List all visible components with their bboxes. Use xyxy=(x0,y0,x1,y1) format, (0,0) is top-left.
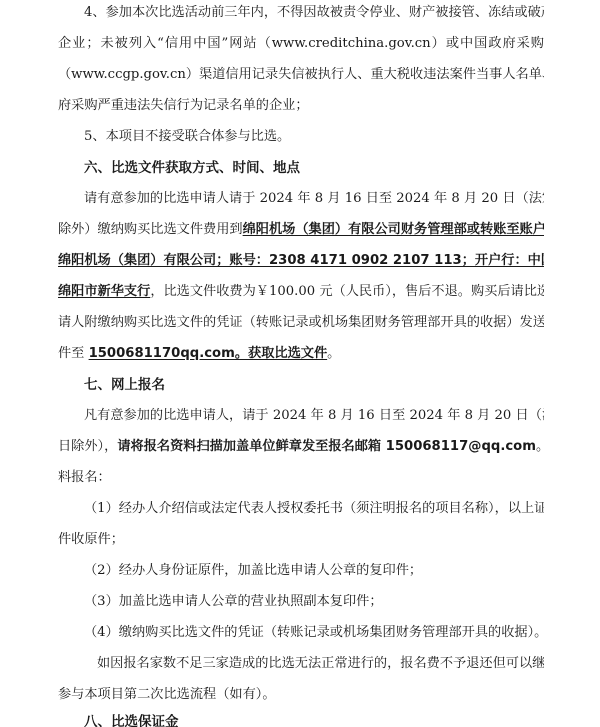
section7-p1-line1: 凡有意参加的比选申请人，请于 2024 年 8 月 16 日至 2024 年 8… xyxy=(84,406,544,426)
item4-line3: （www.ccgp.gov.cn）渠道信用记录失信被执行人、重大税收违法案件当事… xyxy=(58,65,544,85)
bank-account-info: 绵阳机场（集团）有限公司；账号：2308 4171 0902 2107 113；… xyxy=(58,251,544,271)
section7-p1-line3: 料报名： xyxy=(58,468,544,488)
section6-heading: 六、比选文件获取方式、时间、地点 xyxy=(84,158,300,178)
section6-p1-line6: 件至 1500681170qq.com。获取比选文件。 xyxy=(58,344,544,364)
section7-p1-line2-plain: 日除外）， xyxy=(58,439,117,454)
section7-heading: 七、网上报名 xyxy=(84,375,165,395)
requirement-1-line1: （1）经办人介绍信或法定代表人授权委托书（须注明报名的项目名称），以上证 xyxy=(84,499,544,519)
document-page: 4、参加本次比选活动前三年内，不得因故被责令停业、财产被接管、冻结或破产 企业；… xyxy=(0,0,600,727)
section6-p1-line6-end: 。 xyxy=(327,346,340,361)
section6-p1-line4: 绵阳市新华支行，比选文件收费为￥100.00 元（人民币），售后不退。购买后请比… xyxy=(58,282,544,302)
item4-line2: 企业；未被列入“信用中国”网站（www.creditchina.gov.cn）或… xyxy=(58,34,544,54)
registration-email-text[interactable]: 请将报名资料扫描加盖单位鲜章发至报名邮箱 150068117@qq.com xyxy=(117,439,536,454)
section6-p1-line2-plain: 除外）缴纳购买比选文件费用到 xyxy=(58,222,243,237)
section7-p1-line2-end: 。以下资 xyxy=(536,439,544,454)
requirement-1-line2: 件收原件； xyxy=(58,530,544,550)
section6-p1-line5: 请人附缴纳购买比选文件的凭证（转账记录或机场集团财务管理部开具的收据）发送邮 xyxy=(58,313,544,333)
item4-line1: 4、参加本次比选活动前三年内，不得因故被责令停业、财产被接管、冻结或破产 xyxy=(84,3,544,23)
note-line1: 如因报名家数不足三家造成的比选无法正常进行的，报名费不予退还但可以继续 xyxy=(97,654,544,674)
section6-p1-line2: 除外）缴纳购买比选文件费用到绵阳机场（集团）有限公司财务管理部或转账至账户名： xyxy=(58,220,544,240)
requirement-4: （4）缴纳购买比选文件的凭证（转账记录或机场集团财务管理部开具的收据）。 xyxy=(84,623,544,643)
requirement-3: （3）加盖比选申请人公章的营业执照副本复印件； xyxy=(84,592,544,612)
section6-p1-line1: 请有意参加的比选申请人请于 2024 年 8 月 16 日至 2024 年 8 … xyxy=(84,189,544,209)
fee-text: ，比选文件收费为￥100.00 元（人民币），售后不退。购买后请比选申 xyxy=(150,284,544,299)
payment-recipient-text: 绵阳机场（集团）有限公司财务管理部或转账至账户名： xyxy=(243,222,544,237)
section8-heading: 八、比选保证金 xyxy=(84,712,179,727)
item5-text: 5、本项目不接受联合体参与比选。 xyxy=(84,127,544,147)
requirement-2: （2）经办人身份证原件，加盖比选申请人公章的复印件； xyxy=(84,561,544,581)
document-email-link[interactable]: 1500681170qq.com。获取比选文件 xyxy=(89,346,328,361)
bank-branch-name: 绵阳市新华支行 xyxy=(58,284,150,299)
note-line2: 参与本项目第二次比选流程（如有）。 xyxy=(58,685,544,705)
section6-p1-line6-plain: 件至 xyxy=(58,346,89,361)
section7-p1-line2: 日除外），请将报名资料扫描加盖单位鲜章发至报名邮箱 150068117@qq.c… xyxy=(58,437,544,457)
item4-line4: 府采购严重违法失信行为记录名单的企业； xyxy=(58,96,544,116)
